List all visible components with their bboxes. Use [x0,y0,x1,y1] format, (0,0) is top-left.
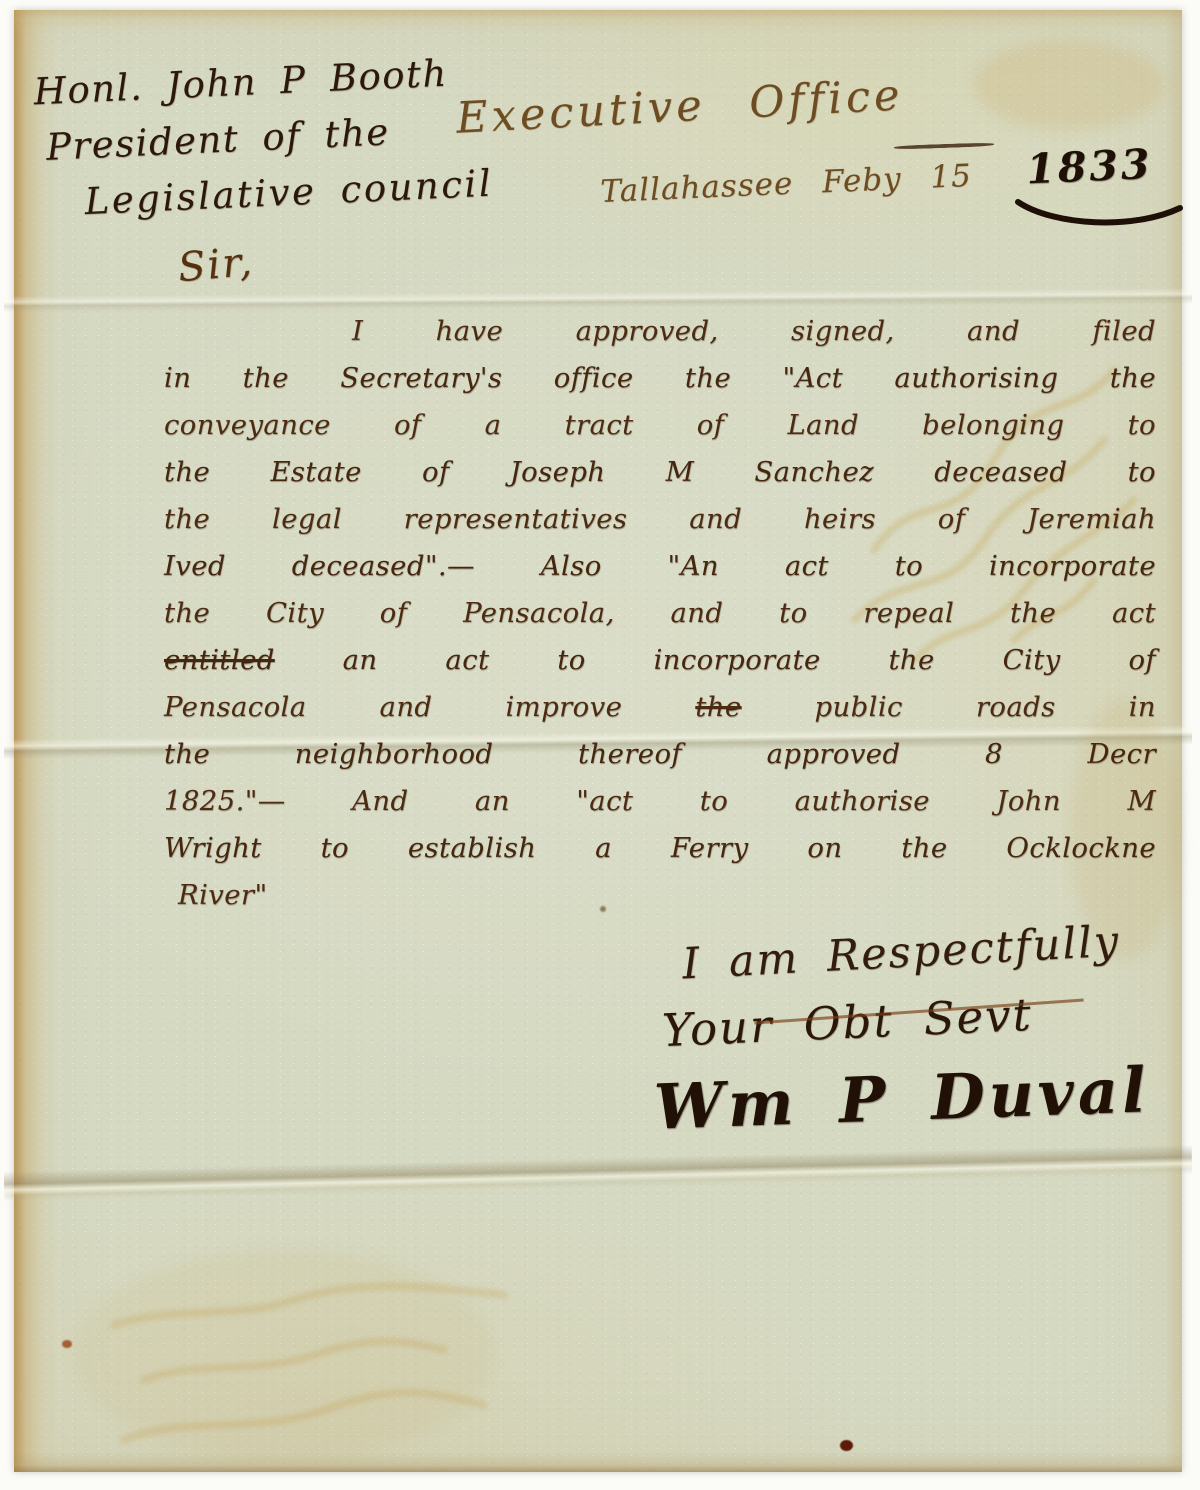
body-line: the Estate of Joseph M Sanchez deceased … [164,449,1156,496]
body-line-text: an act to incorporate the City of [275,644,1156,676]
body-line: the legal representatives and heirs of J… [164,496,1156,543]
bleed-through-marks-bottom [84,1265,604,1465]
signature-wm-p-duval: Wm P Duval [653,1053,1151,1143]
body-line-text: Pensacola and improve [164,691,695,723]
body-line-text: the legal representatives and heirs of J… [164,503,1156,535]
body-line-text: 1825."— And an "act to authorise John M [164,785,1156,817]
letterhead-office: Executive Office [455,70,905,143]
fold-crease-bottom [4,1145,1192,1202]
stain-top-right [974,40,1164,130]
body-line: River" [164,872,1156,919]
body-line: the City of Pensacola, and to repeal the… [164,590,1156,637]
closing-line-2: Your Obt Sevt [661,988,1034,1057]
body-line-text: in the Secretary's office the "Act autho… [164,362,1156,394]
body-line-text: Wright to establish a Ferry on the Ocklo… [164,832,1156,864]
ink-speck [62,1340,72,1348]
body-line-text: I have approved, signed, and filed [352,315,1156,347]
ink-speck [840,1440,853,1451]
body-line-text: the City of Pensacola, and to repeal the… [164,597,1156,629]
body-line: Ived deceased".— Also "An act to incorpo… [164,543,1156,590]
body-line-text: public roads in [742,691,1156,723]
paper-edge-bottom [14,1452,1182,1472]
body-line-text: the neighborhood thereof approved 8 Decr [164,738,1156,770]
body-line: the neighborhood thereof approved 8 Decr [164,731,1156,778]
body-line: conveyance of a tract of Land belonging … [164,402,1156,449]
paper-edge-top [14,10,1182,32]
body-line: entitled an act to incorporate the City … [164,637,1156,684]
letterhead-year: 1833 [1025,140,1153,193]
body-line: Wright to establish a Ferry on the Ocklo… [164,825,1156,872]
salutation: Sir, [176,239,255,291]
body-line-text: conveyance of a tract of Land belonging … [164,409,1156,441]
letter-body: I have approved, signed, and filed in th… [164,308,1156,919]
struck-word: entitled [164,644,275,676]
body-line-text: River" [178,879,268,911]
body-line-text: Ived deceased".— Also "An act to incorpo… [164,550,1156,582]
scanned-letter-page: Honl. John P Booth President of the Legi… [0,0,1200,1490]
body-line-text: the Estate of Joseph M Sanchez deceased … [164,456,1156,488]
year-underline-flourish [1014,196,1184,230]
body-line: in the Secretary's office the "Act autho… [164,355,1156,402]
body-line: I have approved, signed, and filed [164,308,1156,355]
recipient-address-block: Honl. John P Booth President of the Legi… [32,44,494,232]
body-line: Pensacola and improve the public roads i… [164,684,1156,731]
body-line: 1825."— And an "act to authorise John M [164,778,1156,825]
struck-word: the [695,691,741,723]
paper-sheet: Honl. John P Booth President of the Legi… [14,10,1182,1472]
closing-line-1: I am Respectfully [681,917,1121,990]
letterhead-place-date: Tallahassee Feby 15 [600,158,973,210]
stain-bottom-left [74,1250,494,1460]
